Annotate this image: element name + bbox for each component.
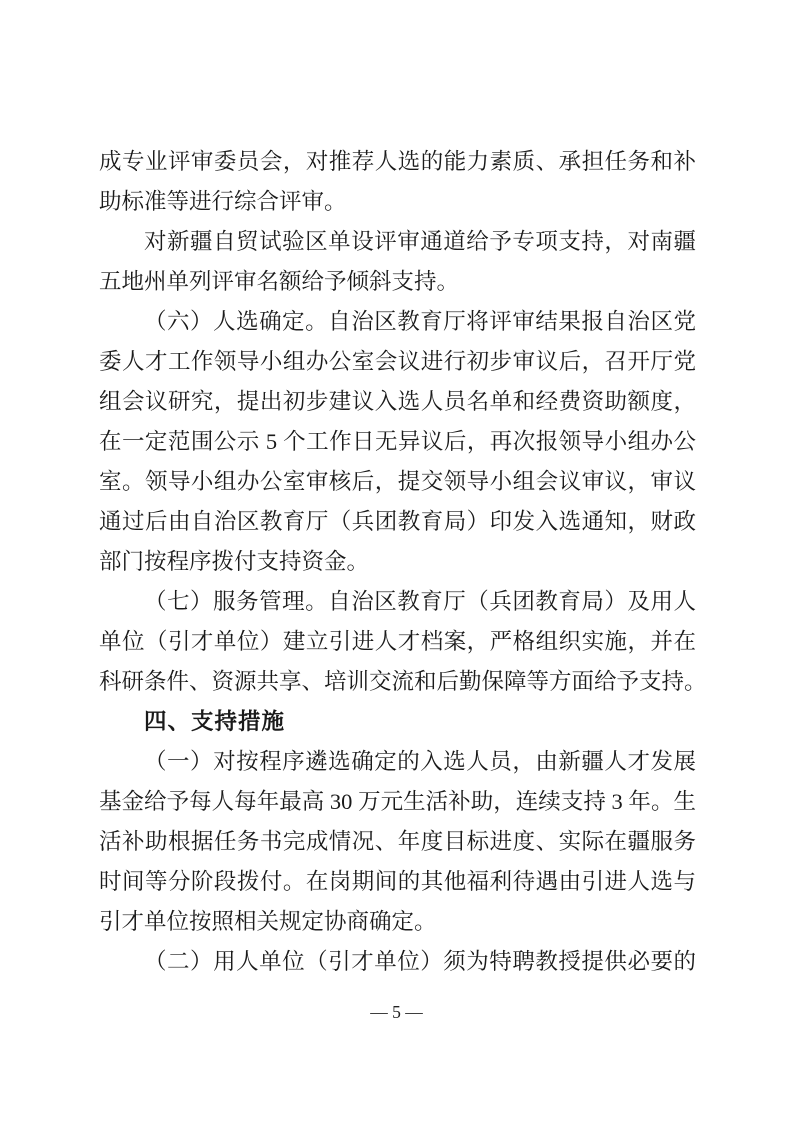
text-run: 委人才工作领导小组办公室会议进行初步审议后，召开厅党: [99, 349, 696, 374]
text-run: 基金给予每人每年最高 30 万元生活补助，连续支持 3 年。生: [99, 789, 696, 814]
text-run: （一）对按程序遴选确定的入选人员，由新疆人才发展: [144, 749, 696, 774]
text-line: 在一定范围公示 5 个工作日无异议后，再次报领导小组办公: [99, 422, 696, 462]
text-run: 组会议研究，提出初步建议入选人员名单和经费资助额度，: [99, 389, 696, 414]
text-line: 委人才工作领导小组办公室会议进行初步审议后，召开厅党: [99, 342, 696, 382]
text-run: 引才单位按照相关规定协商确定。: [99, 909, 437, 934]
text-run: 助标准等进行综合评审。: [99, 189, 347, 214]
text-run: （二）用人单位（引才单位）须为特聘教授提供必要的: [144, 949, 696, 974]
text-line: 成专业评审委员会，对推荐人选的能力素质、承担任务和补: [99, 142, 696, 182]
text-line: 科研条件、资源共享、培训交流和后勤保障等方面给予支持。: [99, 662, 696, 702]
text-line: 通过后由自治区教育厅（兵团教育局）印发入选通知，财政: [99, 502, 696, 542]
text-line: （二）用人单位（引才单位）须为特聘教授提供必要的: [99, 942, 696, 982]
text-run: 五地州单列评审名额给予倾斜支持。: [99, 269, 459, 294]
text-line: 对新疆自贸试验区单设评审通道给予专项支持，对南疆: [99, 222, 696, 262]
text-run: 通过后由自治区教育厅（兵团教育局）印发入选通知，财政: [99, 509, 696, 534]
text-run: 成专业评审委员会，对推荐人选的能力素质、承担任务和补: [99, 149, 696, 174]
text-line: 四、支持措施: [99, 702, 696, 742]
text-line: 助标准等进行综合评审。: [99, 182, 696, 222]
page-number: — 5 —: [0, 999, 793, 1025]
text-run: 活补助根据任务书完成情况、年度目标进度、实际在疆服务: [99, 829, 696, 854]
document-page: 成专业评审委员会，对推荐人选的能力素质、承担任务和补助标准等进行综合评审。对新疆…: [0, 0, 793, 1122]
text-line: 活补助根据任务书完成情况、年度目标进度、实际在疆服务: [99, 822, 696, 862]
text-run: 在一定范围公示 5 个工作日无异议后，再次报领导小组办公: [99, 429, 696, 454]
text-run: 对新疆自贸试验区单设评审通道给予专项支持，对南疆: [144, 229, 696, 254]
text-run: 自治区教育厅将评审结果报自治区党: [328, 309, 696, 334]
text-line: 时间等分阶段拨付。在岗期间的其他福利待遇由引进人选与: [99, 862, 696, 902]
section-heading: 四、支持措施: [144, 709, 285, 734]
text-run: 室。领导小组办公室审核后，提交领导小组会议审议，审议: [99, 469, 696, 494]
text-run: 时间等分阶段拨付。在岗期间的其他福利待遇由引进人选与: [99, 869, 696, 894]
text-run: 单位（引才单位）建立引进人才档案，严格组织实施，并在: [99, 629, 696, 654]
text-line: 引才单位按照相关规定协商确定。: [99, 902, 696, 942]
text-line: 五地州单列评审名额给予倾斜支持。: [99, 262, 696, 302]
text-line: （一）对按程序遴选确定的入选人员，由新疆人才发展: [99, 742, 696, 782]
text-run: 科研条件、资源共享、培训交流和后勤保障等方面给予支持。: [99, 669, 707, 694]
text-line: 单位（引才单位）建立引进人才档案，严格组织实施，并在: [99, 622, 696, 662]
text-run: （六）人选确定。: [144, 309, 328, 334]
text-line: 基金给予每人每年最高 30 万元生活补助，连续支持 3 年。生: [99, 782, 696, 822]
text-line: 室。领导小组办公室审核后，提交领导小组会议审议，审议: [99, 462, 696, 502]
text-run: 部门按程序拨付支持资金。: [99, 549, 369, 574]
text-run: （七）服务管理。: [144, 589, 328, 614]
text-line: （六）人选确定。自治区教育厅将评审结果报自治区党: [99, 302, 696, 342]
document-body: 成专业评审委员会，对推荐人选的能力素质、承担任务和补助标准等进行综合评审。对新疆…: [99, 142, 696, 982]
text-line: 组会议研究，提出初步建议入选人员名单和经费资助额度，: [99, 382, 696, 422]
text-run: 自治区教育厅（兵团教育局）及用人: [328, 589, 696, 614]
text-line: 部门按程序拨付支持资金。: [99, 542, 696, 582]
text-line: （七）服务管理。自治区教育厅（兵团教育局）及用人: [99, 582, 696, 622]
